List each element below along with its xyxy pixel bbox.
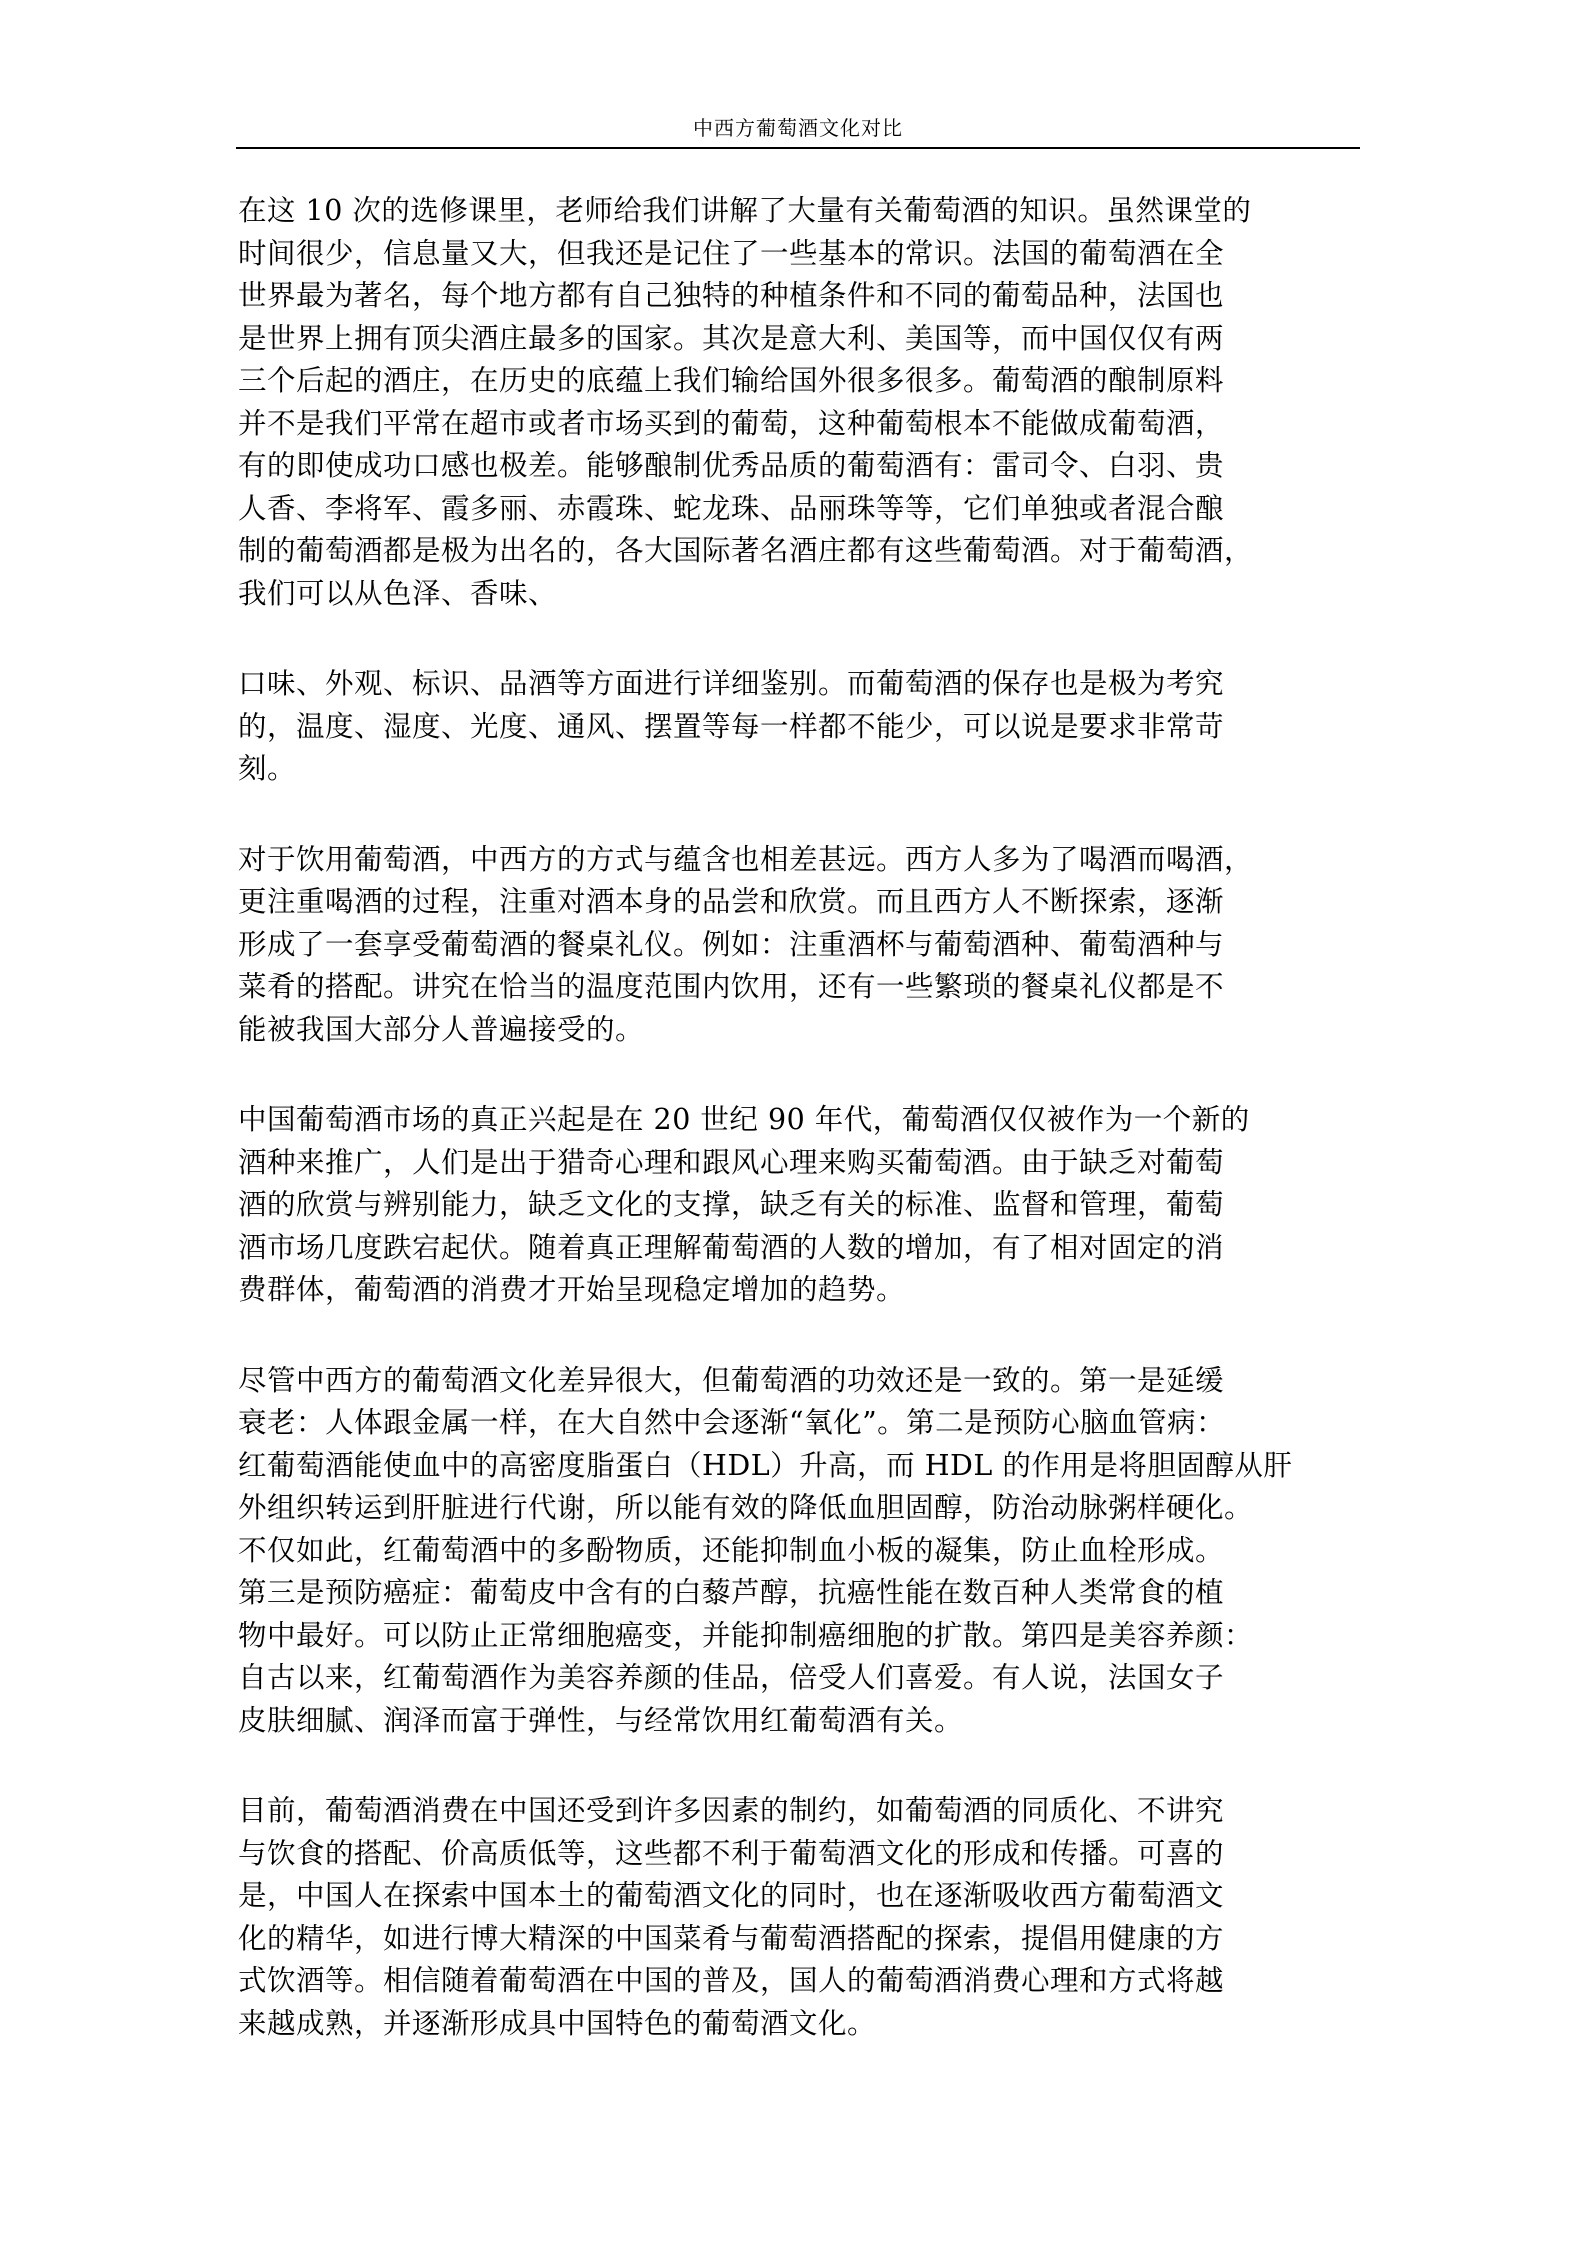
text-line: 第三是预防癌症：葡萄皮中含有的白藜芦醇，抗癌性能在数百种人类常食的植 xyxy=(238,1572,1368,1615)
text-line: 与饮食的搭配、价高质低等，这些都不利于葡萄酒文化的形成和传播。可喜的 xyxy=(238,1833,1368,1876)
text-line: 酒的欣赏与辨别能力，缺乏文化的支撑，缺乏有关的标准、监督和管理，葡萄 xyxy=(238,1184,1368,1227)
text-line: 不仅如此，红葡萄酒中的多酚物质，还能抑制血小板的凝集，防止血栓形成。 xyxy=(238,1530,1368,1573)
text-line: 时间很少，信息量又大，但我还是记住了一些基本的常识。法国的葡萄酒在全 xyxy=(238,233,1368,276)
text-line: 世界最为著名，每个地方都有自己独特的种植条件和不同的葡萄品种，法国也 xyxy=(238,275,1368,318)
text-line: 化的精华，如进行博大精深的中国菜肴与葡萄酒搭配的探索，提倡用健康的方 xyxy=(238,1918,1368,1961)
text-line: 酒种来推广，人们是出于猎奇心理和跟风心理来购买葡萄酒。由于缺乏对葡萄 xyxy=(238,1142,1368,1185)
text-line: 有的即使成功口感也极差。能够酿制优秀品质的葡萄酒有：雷司令、白羽、贵 xyxy=(238,445,1368,488)
text-line: 中国葡萄酒市场的真正兴起是在 20 世纪 90 年代，葡萄酒仅仅被作为一个新的 xyxy=(238,1099,1368,1142)
text-line: 皮肤细腻、润泽而富于弹性，与经常饮用红葡萄酒有关。 xyxy=(238,1700,1368,1743)
text-line: 能被我国大部分人普遍接受的。 xyxy=(238,1009,1368,1052)
text-line: 衰老：人体跟金属一样，在大自然中会逐渐“氧化”。第二是预防心脑血管病： xyxy=(238,1402,1368,1445)
text-line: 外组织转运到肝脏进行代谢，所以能有效的降低血胆固醇，防治动脉粥样硬化。 xyxy=(238,1487,1368,1530)
text-line: 制的葡萄酒都是极为出名的，各大国际著名酒庄都有这些葡萄酒。对于葡萄酒， xyxy=(238,530,1368,573)
text-line: 来越成熟，并逐渐形成具中国特色的葡萄酒文化。 xyxy=(238,2003,1368,2046)
text-line: 三个后起的酒庄，在历史的底蕴上我们输给国外很多很多。葡萄酒的酿制原料 xyxy=(238,360,1368,403)
text-line: 刻。 xyxy=(238,748,1368,791)
text-line: 口味、外观、标识、品酒等方面进行详细鉴别。而葡萄酒的保存也是极为考究 xyxy=(238,663,1368,706)
text-line: 并不是我们平常在超市或者市场买到的葡萄，这种葡萄根本不能做成葡萄酒， xyxy=(238,403,1368,446)
text-line: 酒市场几度跌宕起伏。随着真正理解葡萄酒的人数的增加，有了相对固定的消 xyxy=(238,1227,1368,1270)
document-body: 在这 10 次的选修课里，老师给我们讲解了大量有关葡萄酒的知识。虽然课堂的时间很… xyxy=(238,190,1368,2093)
text-line: 目前，葡萄酒消费在中国还受到许多因素的制约，如葡萄酒的同质化、不讲究 xyxy=(238,1790,1368,1833)
paragraph-5: 尽管中西方的葡萄酒文化差异很大，但葡萄酒的功效还是一致的。第一是延缓衰老：人体跟… xyxy=(238,1360,1368,1743)
text-line: 是世界上拥有顶尖酒庄最多的国家。其次是意大利、美国等，而中国仅仅有两 xyxy=(238,318,1368,361)
text-line: 的，温度、湿度、光度、通风、摆置等每一样都不能少，可以说是要求非常苛 xyxy=(238,706,1368,749)
page-header: 中西方葡萄酒文化对比 xyxy=(236,108,1360,148)
text-line: 自古以来，红葡萄酒作为美容养颜的佳品，倍受人们喜爱。有人说，法国女子 xyxy=(238,1657,1368,1700)
text-line: 式饮酒等。相信随着葡萄酒在中国的普及，国人的葡萄酒消费心理和方式将越 xyxy=(238,1960,1368,2003)
text-line: 形成了一套享受葡萄酒的餐桌礼仪。例如：注重酒杯与葡萄酒种、葡萄酒种与 xyxy=(238,924,1368,967)
text-line: 物中最好。可以防止正常细胞癌变，并能抑制癌细胞的扩散。第四是美容养颜： xyxy=(238,1615,1368,1658)
text-line: 更注重喝酒的过程，注重对酒本身的品尝和欣赏。而且西方人不断探索，逐渐 xyxy=(238,881,1368,924)
document-title: 中西方葡萄酒文化对比 xyxy=(693,116,903,140)
text-line: 菜肴的搭配。讲究在恰当的温度范围内饮用，还有一些繁琐的餐桌礼仪都是不 xyxy=(238,966,1368,1009)
text-line: 费群体，葡萄酒的消费才开始呈现稳定增加的趋势。 xyxy=(238,1269,1368,1312)
text-line: 人香、李将军、霞多丽、赤霞珠、蛇龙珠、品丽珠等等，它们单独或者混合酿 xyxy=(238,488,1368,531)
text-line: 对于饮用葡萄酒，中西方的方式与蕴含也相差甚远。西方人多为了喝酒而喝酒， xyxy=(238,839,1368,882)
paragraph-2: 口味、外观、标识、品酒等方面进行详细鉴别。而葡萄酒的保存也是极为考究的，温度、湿… xyxy=(238,663,1368,791)
paragraph-3: 对于饮用葡萄酒，中西方的方式与蕴含也相差甚远。西方人多为了喝酒而喝酒，更注重喝酒… xyxy=(238,839,1368,1052)
text-line: 尽管中西方的葡萄酒文化差异很大，但葡萄酒的功效还是一致的。第一是延缓 xyxy=(238,1360,1368,1403)
text-line: 红葡萄酒能使血中的高密度脂蛋白（HDL）升高，而 HDL 的作用是将胆固醇从肝 xyxy=(238,1445,1368,1488)
header-divider xyxy=(236,147,1360,149)
text-line: 是，中国人在探索中国本土的葡萄酒文化的同时，也在逐渐吸收西方葡萄酒文 xyxy=(238,1875,1368,1918)
paragraph-1: 在这 10 次的选修课里，老师给我们讲解了大量有关葡萄酒的知识。虽然课堂的时间很… xyxy=(238,190,1368,615)
paragraph-4: 中国葡萄酒市场的真正兴起是在 20 世纪 90 年代，葡萄酒仅仅被作为一个新的酒… xyxy=(238,1099,1368,1312)
paragraph-6: 目前，葡萄酒消费在中国还受到许多因素的制约，如葡萄酒的同质化、不讲究与饮食的搭配… xyxy=(238,1790,1368,2045)
text-line: 我们可以从色泽、香味、 xyxy=(238,573,1368,616)
text-line: 在这 10 次的选修课里，老师给我们讲解了大量有关葡萄酒的知识。虽然课堂的 xyxy=(238,190,1368,233)
